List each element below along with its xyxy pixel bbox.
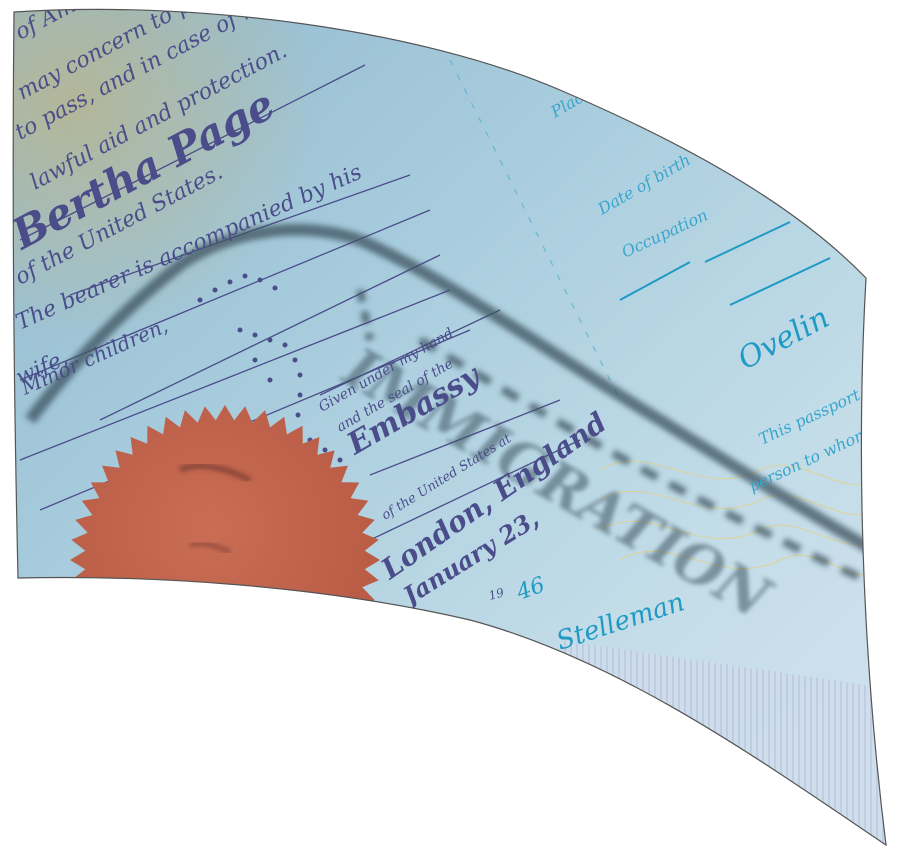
red-seal <box>70 405 380 715</box>
passport-print: IMMIGRATION of America may concern to pe… <box>0 0 900 857</box>
flag-image: IMMIGRATION of America may concern to pe… <box>0 0 900 857</box>
